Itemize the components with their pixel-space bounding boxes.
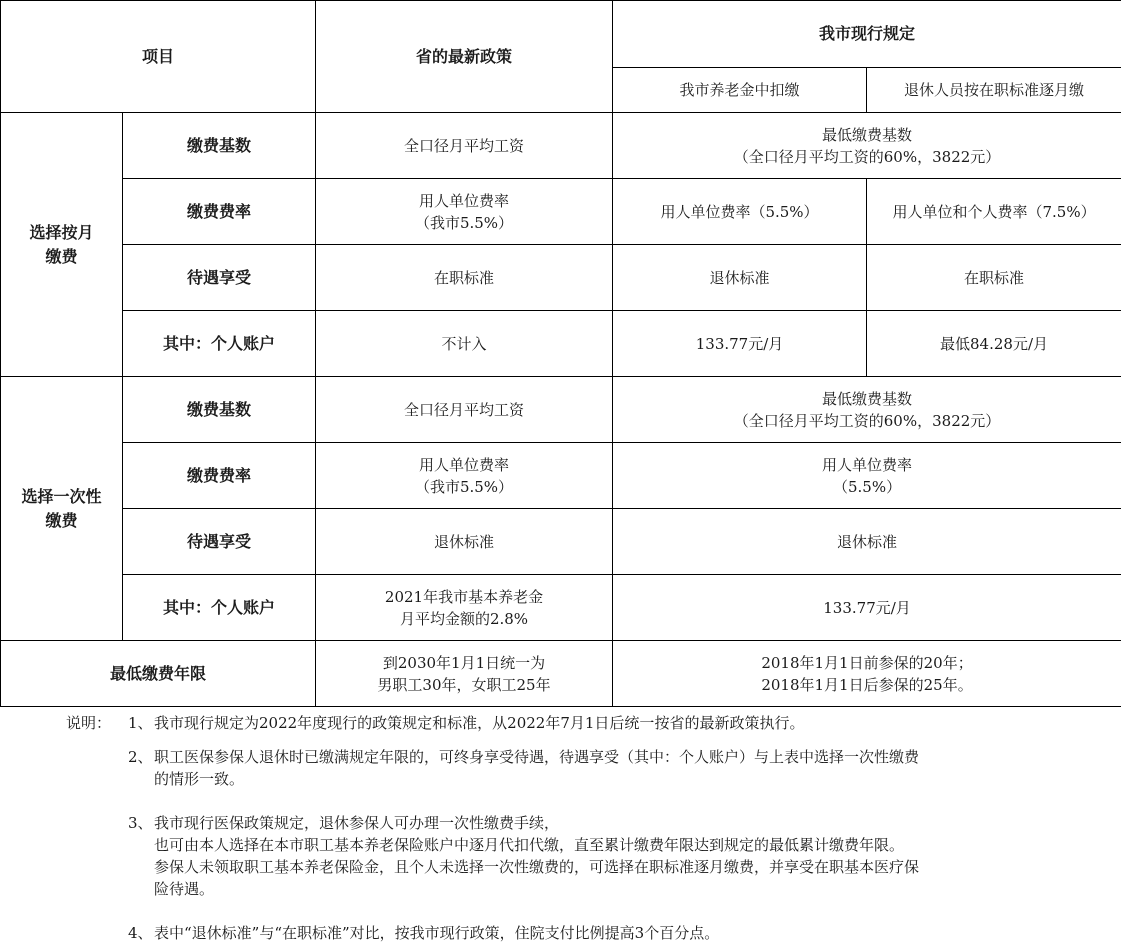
cell-provincial: 不计入 <box>316 311 613 377</box>
row-label-base: 缴费基数 <box>123 377 316 443</box>
policy-comparison-table: 项目 省的最新政策 我市现行规定 我市养老金中扣缴 退休人员按在职标准逐月缴 选… <box>0 0 1121 707</box>
cell-city-b: 最低84.28元/月 <box>867 311 1121 377</box>
row-label-rate: 缴费费率 <box>123 443 316 509</box>
cell-city-merged: 最低缴费基数 （全口径月平均工资的60%，3822元） <box>613 113 1121 179</box>
cell-city-merged: 退休标准 <box>613 509 1121 575</box>
cell-city-a: 用人单位费率（5.5%） <box>613 179 867 245</box>
group-label-monthly: 选择按月 缴费 <box>1 113 123 377</box>
group-label-one-time: 选择一次性 缴费 <box>1 377 123 641</box>
cell-city-merged: 2018年1月1日前参保的20年； 2018年1月1日后参保的25年。 <box>613 641 1121 707</box>
cell-provincial: 用人单位费率 （我市5.5%） <box>316 179 613 245</box>
cell-provincial: 全口径月平均工资 <box>316 377 613 443</box>
cell-provincial: 退休标准 <box>316 509 613 575</box>
header-item: 项目 <box>1 1 316 113</box>
row-label-benefit: 待遇享受 <box>123 509 316 575</box>
cell-city-b: 在职标准 <box>867 245 1121 311</box>
row-label-benefit: 待遇享受 <box>123 245 316 311</box>
cell-city-merged: 最低缴费基数 （全口径月平均工资的60%，3822元） <box>613 377 1121 443</box>
row-label-personal-account: 其中：个人账户 <box>123 311 316 377</box>
row-label-rate: 缴费费率 <box>123 179 316 245</box>
cell-provincial: 全口径月平均工资 <box>316 113 613 179</box>
cell-city-a: 退休标准 <box>613 245 867 311</box>
row-label-min-years: 最低缴费年限 <box>1 641 316 707</box>
row-label-personal-account: 其中：个人账户 <box>123 575 316 641</box>
row-label-base: 缴费基数 <box>123 113 316 179</box>
cell-city-b: 用人单位和个人费率（7.5%） <box>867 179 1121 245</box>
notes-prefix: 说明： <box>66 712 111 734</box>
cell-city-merged: 133.77元/月 <box>613 575 1121 641</box>
header-city-pension-deduction: 我市养老金中扣缴 <box>613 68 867 113</box>
cell-provincial: 到2030年1月1日统一为 男职工30年，女职工25年 <box>316 641 613 707</box>
cell-provincial: 2021年我市基本养老金 月平均金额的2.8% <box>316 575 613 641</box>
cell-provincial: 在职标准 <box>316 245 613 311</box>
cell-city-merged: 用人单位费率 （5.5%） <box>613 443 1121 509</box>
header-city-current-rules: 我市现行规定 <box>613 1 1121 68</box>
header-city-monthly-payment: 退休人员按在职标准逐月缴 <box>867 68 1121 113</box>
header-provincial-policy: 省的最新政策 <box>316 1 613 113</box>
cell-provincial: 用人单位费率 （我市5.5%） <box>316 443 613 509</box>
cell-city-a: 133.77元/月 <box>613 311 867 377</box>
